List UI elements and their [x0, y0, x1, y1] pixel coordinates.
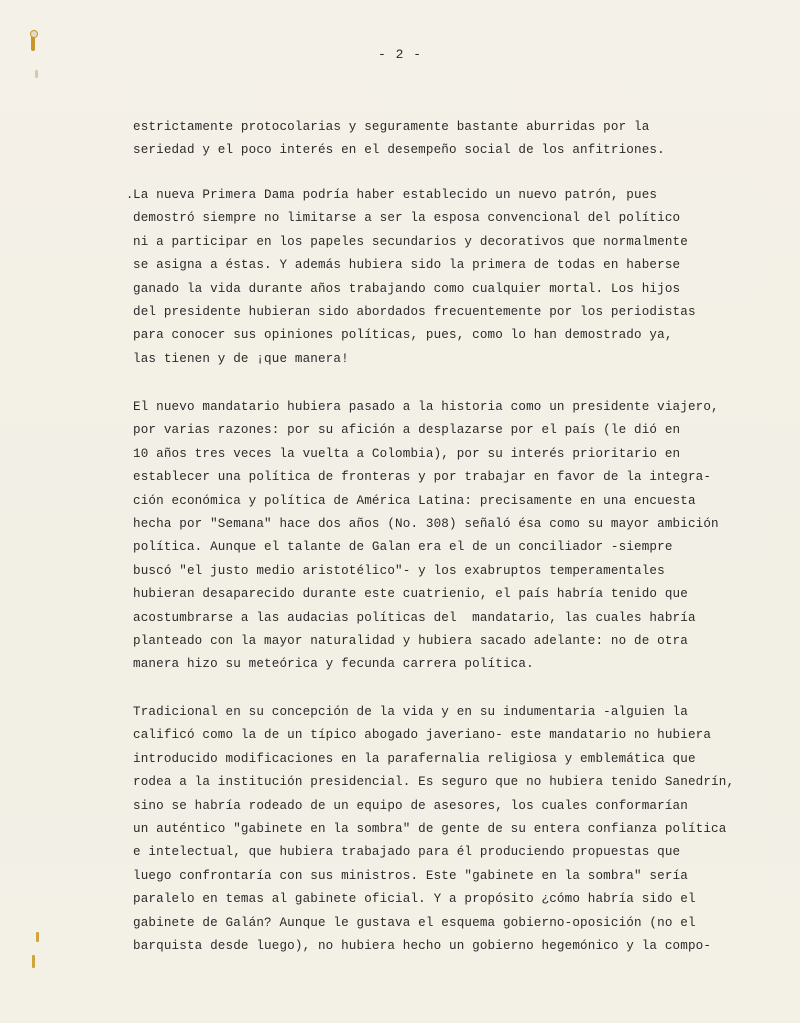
- text-line: seriedad y el poco interés en el desempe…: [133, 139, 773, 162]
- text-line: del presidente hubieran sido abordados f…: [133, 301, 773, 324]
- text-line: La nueva Primera Dama podría haber estab…: [133, 184, 773, 207]
- text-line: buscó "el justo medio aristotélico"- y l…: [133, 560, 773, 583]
- text-line: calificó como la de un típico abogado ja…: [133, 724, 773, 747]
- text-line: política. Aunque el talante de Galan era…: [133, 536, 773, 559]
- text-line: acostumbrarse a las audacias políticas d…: [133, 607, 773, 630]
- text-line: hecha por "Semana" hace dos años (No. 30…: [133, 513, 773, 536]
- text-line: gabinete de Galán? Aunque le gustava el …: [133, 912, 773, 935]
- text-line: paralelo en temas al gabinete oficial. Y…: [133, 888, 773, 911]
- paragraph-1: estrictamente protocolarias y segurament…: [133, 116, 773, 163]
- text-line: ni a participar en los papeles secundari…: [133, 231, 773, 254]
- text-line: planteado con la mayor naturalidad y hub…: [133, 630, 773, 653]
- text-line: introducido modificaciones en la parafer…: [133, 748, 773, 771]
- text-line: barquista desde luego), no hubiera hecho…: [133, 935, 773, 958]
- document-page: - 2 - estrictamente protocolarias y segu…: [0, 0, 800, 1023]
- paragraph-3: El nuevo mandatario hubiera pasado a la …: [133, 396, 773, 677]
- text-line: hubieran desaparecido durante este cuatr…: [133, 583, 773, 606]
- paragraph-2: . La nueva Primera Dama podría haber est…: [133, 184, 773, 371]
- text-line: manera hizo su meteórica y fecunda carre…: [133, 653, 773, 676]
- text-line: se asigna a éstas. Y además hubiera sido…: [133, 254, 773, 277]
- text-line: e intelectual, que hubiera trabajado par…: [133, 841, 773, 864]
- text-line: un auténtico "gabinete en la sombra" de …: [133, 818, 773, 841]
- text-line: las tienen y de ¡que manera!: [133, 348, 773, 371]
- text-line: estrictamente protocolarias y segurament…: [133, 116, 773, 139]
- paragraph-4: Tradicional en su concepción de la vida …: [133, 701, 773, 958]
- text-line: establecer una política de fronteras y p…: [133, 466, 773, 489]
- staple-hole-mark: [35, 70, 38, 78]
- text-line: por varias razones: por su afición a des…: [133, 419, 773, 442]
- text-line: ganado la vida durante años trabajando c…: [133, 278, 773, 301]
- text-line: luego confrontaría con sus ministros. Es…: [133, 865, 773, 888]
- text-line: demostró siempre no limitarse a ser la e…: [133, 207, 773, 230]
- text-line: sino se habría rodeado de un equipo de a…: [133, 795, 773, 818]
- text-line: El nuevo mandatario hubiera pasado a la …: [133, 396, 773, 419]
- page-number: - 2 -: [0, 47, 800, 62]
- text-line: ción económica y política de América Lat…: [133, 490, 773, 513]
- margin-stain-mark: [36, 932, 39, 942]
- text-line: 10 años tres veces la vuelta a Colombia)…: [133, 443, 773, 466]
- text-line: Tradicional en su concepción de la vida …: [133, 701, 773, 724]
- margin-stain-mark: [32, 955, 35, 968]
- paragraph-marker: .: [126, 184, 133, 207]
- text-line: para conocer sus opiniones políticas, pu…: [133, 324, 773, 347]
- text-line: rodea a la institución presidencial. Es …: [133, 771, 773, 794]
